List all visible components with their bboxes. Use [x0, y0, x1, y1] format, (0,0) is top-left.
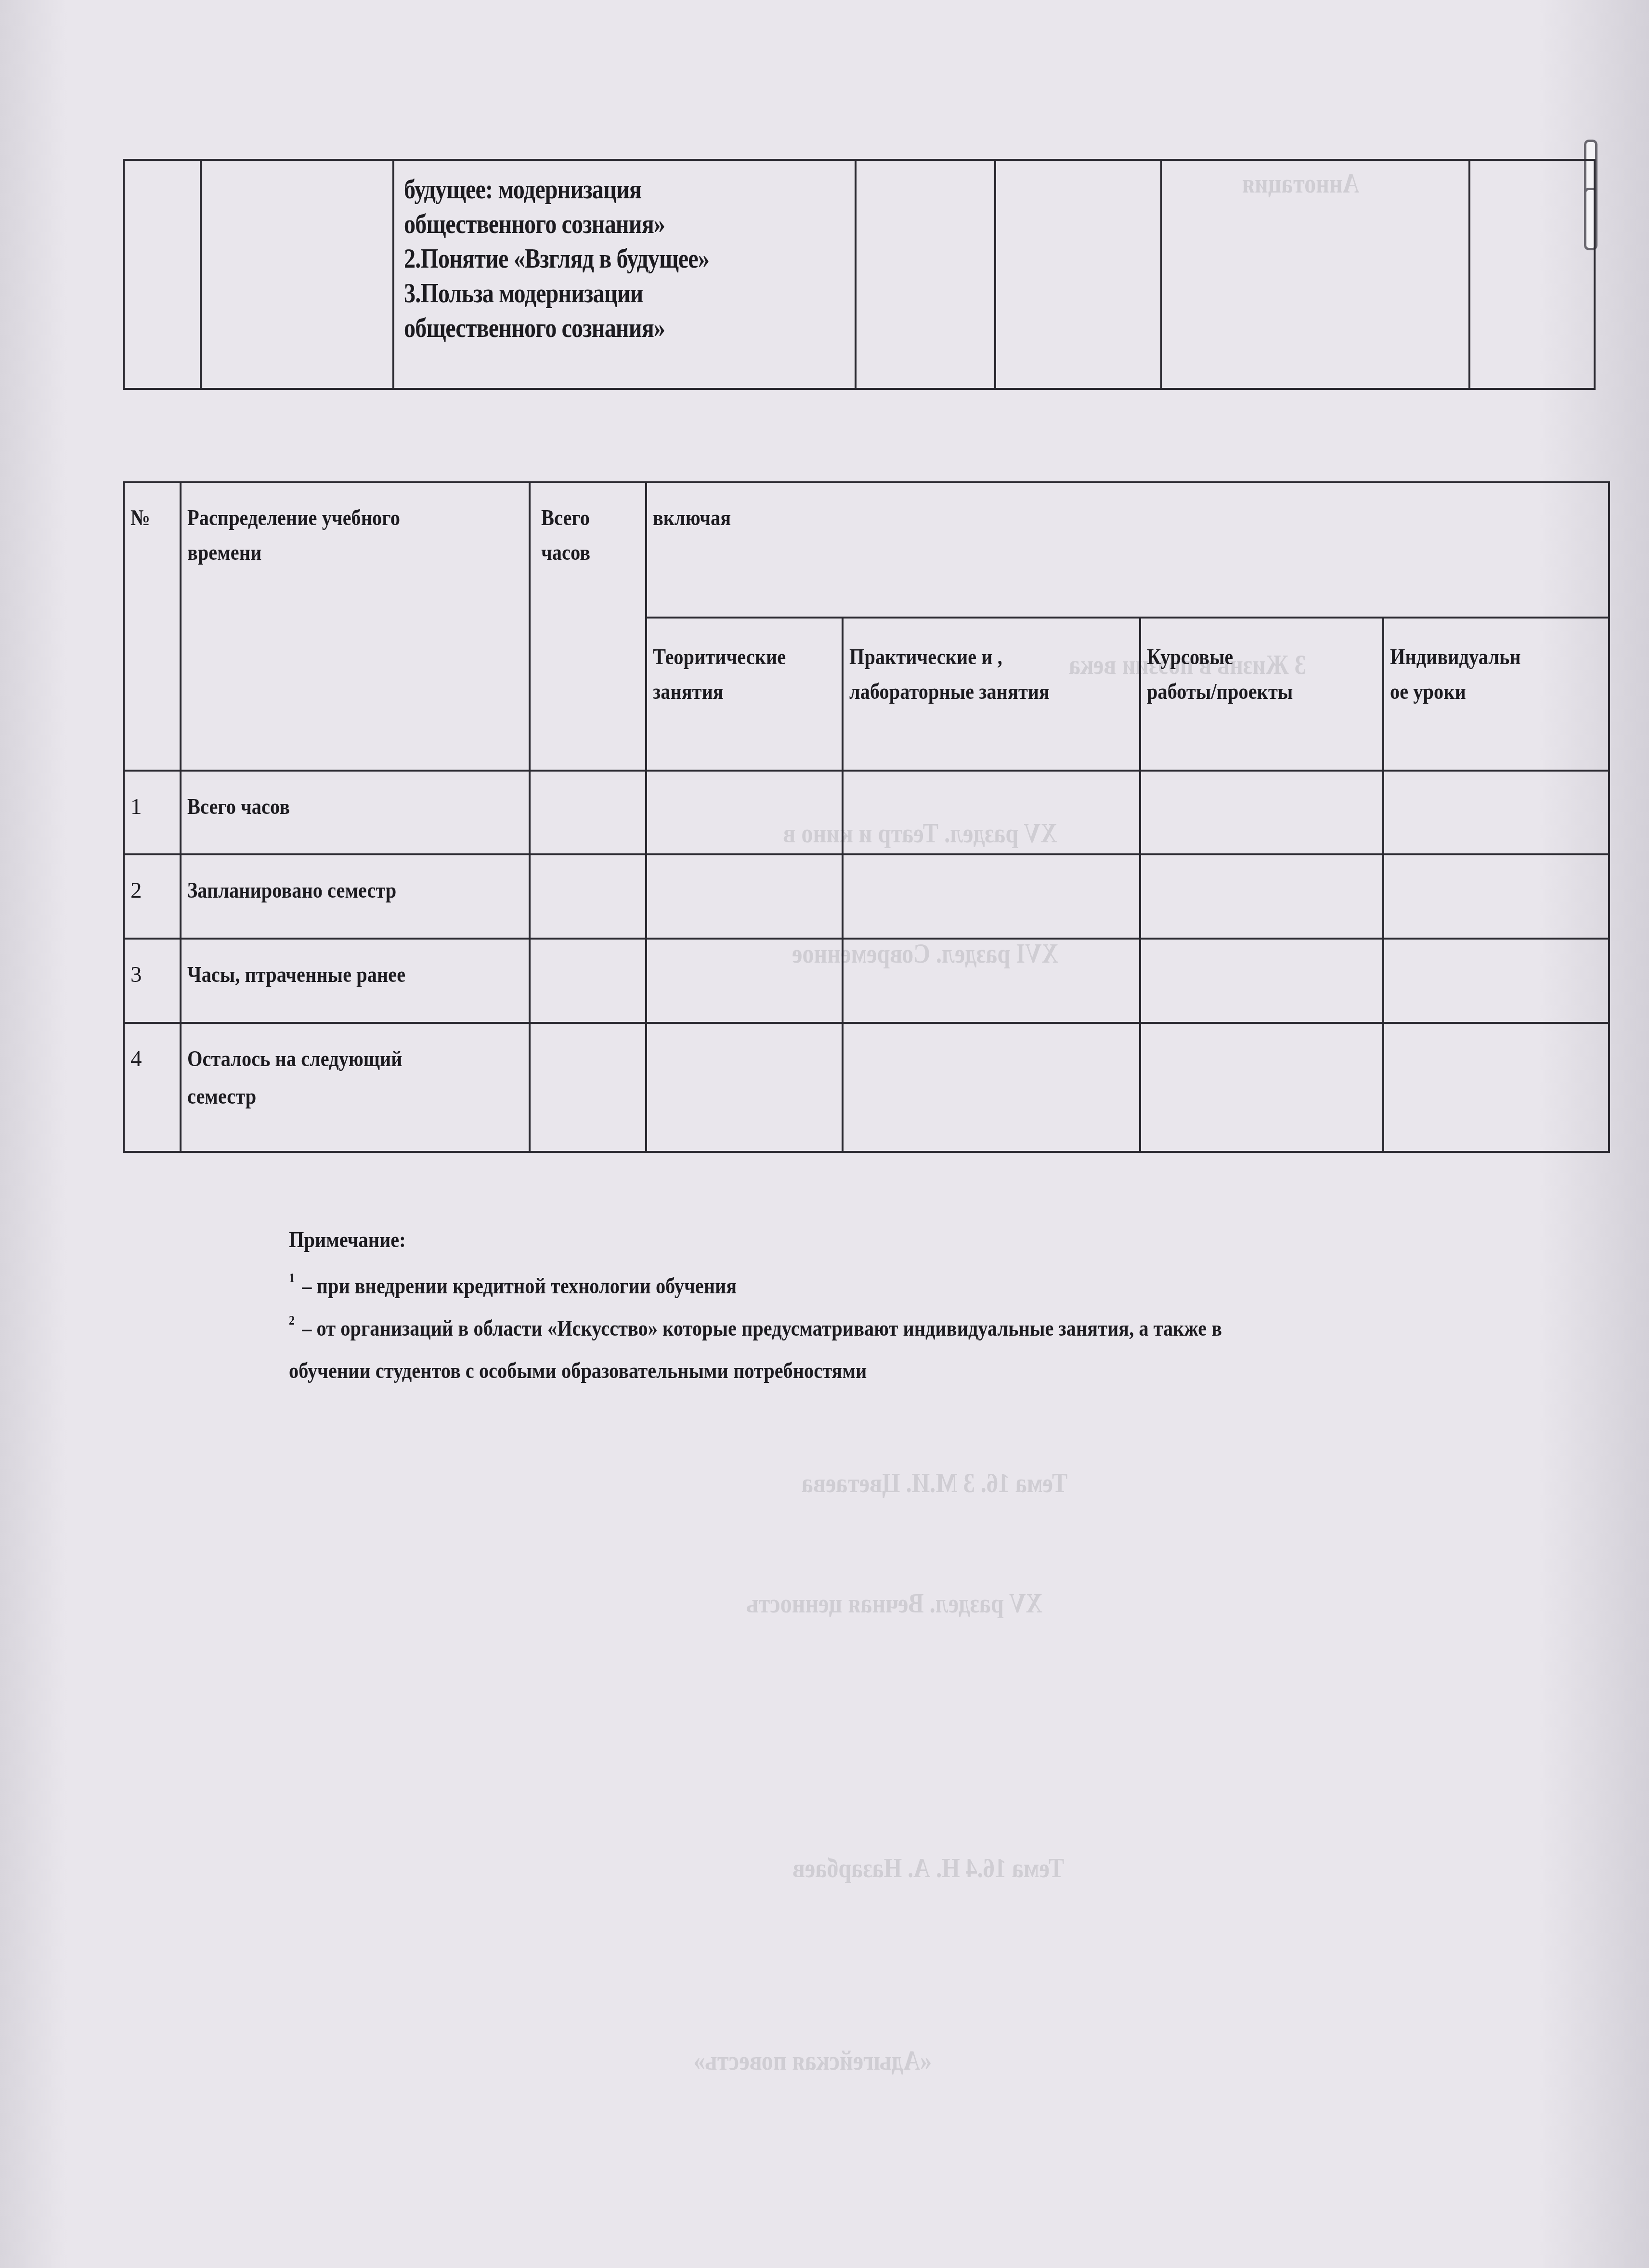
table-cell: [124, 160, 201, 389]
topic-line: будущее: модернизация: [404, 172, 783, 207]
row-number: 3: [124, 939, 181, 1023]
footnote-2: 2 – от организаций в области «Искусство»…: [289, 1311, 1428, 1346]
row-label: Часы, птраченные ранее: [181, 939, 530, 1023]
row-label: Запланировано семестр: [181, 854, 530, 939]
bleed-through-text: Тема 16.4 Н. А. Назарбаев: [792, 1853, 1064, 1884]
topic-line: общественного сознания»: [404, 311, 783, 346]
cell-coursework[interactable]: [1140, 771, 1383, 855]
table-row: 4 Осталось на следующий семестр: [124, 1023, 1609, 1152]
table-row: 2 Запланировано семестр: [124, 854, 1609, 939]
cell-coursework[interactable]: [1140, 939, 1383, 1023]
cell-total-hours[interactable]: [530, 854, 646, 939]
footnote-1: 1 – при внедрении кредитной технологии о…: [289, 1269, 1428, 1303]
header-number: №: [124, 482, 181, 771]
header-total-hours: Всего часов: [530, 482, 646, 771]
table-cell: [1469, 160, 1595, 389]
table-row: 3 Часы, птраченные ранее: [124, 939, 1609, 1023]
cell-total-hours[interactable]: [530, 771, 646, 855]
cell-individual[interactable]: [1383, 939, 1609, 1023]
header-individual: Индивидуальн ое уроки: [1383, 618, 1609, 770]
row-number: 2: [124, 854, 181, 939]
study-time-distribution-table: № Распределение учебного времени Всего ч…: [123, 481, 1610, 1153]
cell-theoretical[interactable]: [646, 939, 843, 1023]
cell-coursework[interactable]: [1140, 854, 1383, 939]
table-cell: [995, 160, 1161, 389]
topic-line: 2.Понятие «Взгляд в будущее»: [404, 242, 783, 276]
cell-practical[interactable]: [843, 1023, 1140, 1152]
header-including: включая: [646, 482, 1609, 618]
table-row: будущее: модернизация общественного созн…: [124, 160, 1595, 389]
cell-individual[interactable]: [1383, 854, 1609, 939]
page-shadow-left: [0, 0, 67, 2268]
cell-practical[interactable]: [843, 854, 1140, 939]
footnote-2-continued: обучении студентов с особыми образовател…: [289, 1353, 1428, 1388]
table-cell: [856, 160, 995, 389]
topic-line: общественного сознания»: [404, 207, 783, 242]
bleed-through-text: Тема 16. 3 М.И. Цветаева: [802, 1468, 1067, 1499]
cell-total-hours[interactable]: [530, 1023, 646, 1152]
bleed-through-text: XV раздел. Вечная ценность: [746, 1588, 1043, 1619]
header-practical: Практические и , лабораторные занятия: [843, 618, 1140, 770]
row-number: 1: [124, 771, 181, 855]
header-coursework: Курсовые работы/проекты: [1140, 618, 1383, 770]
cell-individual[interactable]: [1383, 1023, 1609, 1152]
bleed-through-text: «Адыгейская повесть»: [693, 2046, 932, 2076]
table-cell: [1161, 160, 1469, 389]
topics-table-fragment: будущее: модернизация общественного созн…: [123, 159, 1596, 390]
cell-practical[interactable]: [843, 939, 1140, 1023]
cell-theoretical[interactable]: [646, 1023, 843, 1152]
row-label: Всего часов: [181, 771, 530, 855]
header-distribution: Распределение учебного времени: [181, 482, 530, 771]
topic-line: 3.Польза модернизации: [404, 276, 783, 311]
cell-individual[interactable]: [1383, 771, 1609, 855]
footnotes: Примечание: 1 – при внедрении кредитной …: [289, 1223, 1613, 1388]
table-cell: [201, 160, 393, 389]
notes-title: Примечание:: [289, 1223, 1428, 1257]
cell-total-hours[interactable]: [530, 939, 646, 1023]
cell-theoretical[interactable]: [646, 854, 843, 939]
cell-practical[interactable]: [843, 771, 1140, 855]
cell-theoretical[interactable]: [646, 771, 843, 855]
header-row: № Распределение учебного времени Всего ч…: [124, 482, 1609, 618]
header-theoretical: Теоритические занятия: [646, 618, 843, 770]
row-label: Осталось на следующий семестр: [181, 1023, 530, 1152]
row-number: 4: [124, 1023, 181, 1152]
table-row: 1 Всего часов: [124, 771, 1609, 855]
cell-coursework[interactable]: [1140, 1023, 1383, 1152]
topic-content-cell: будущее: модернизация общественного созн…: [393, 160, 856, 389]
